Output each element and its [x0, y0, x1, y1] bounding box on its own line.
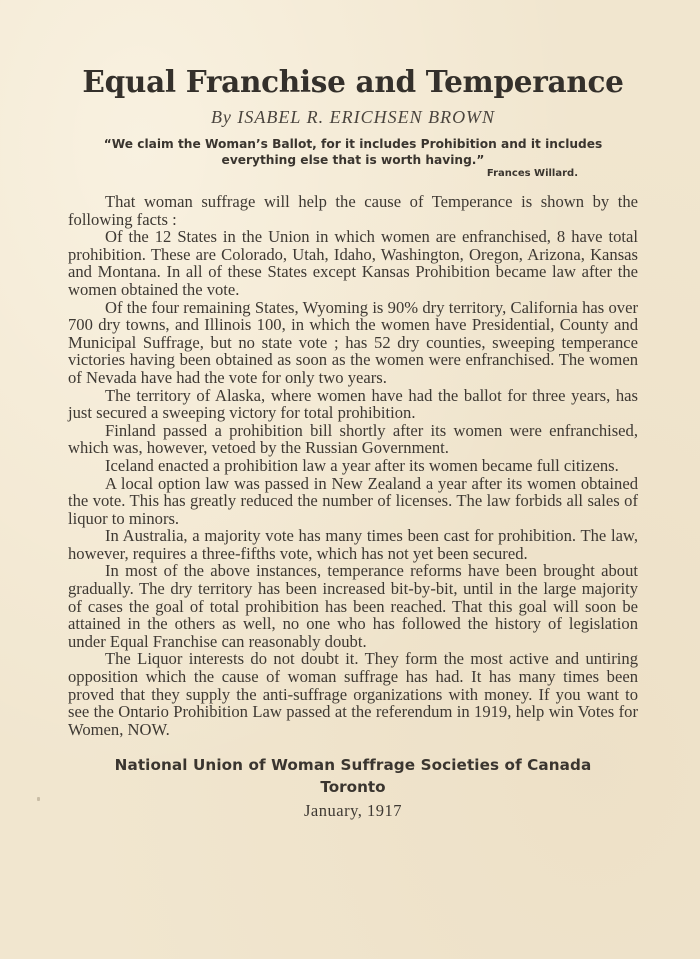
publication-date: January, 1917: [68, 800, 638, 822]
paragraph: That woman suffrage will help the cause …: [68, 193, 638, 228]
author-byline: By ISABEL R. ERICHSEN BROWN: [68, 106, 638, 128]
paragraph: A local option law was passed in New Zea…: [68, 475, 638, 528]
epigraph-attribution: Frances Willard.: [68, 168, 638, 180]
paragraph: Iceland enacted a prohibition law a year…: [68, 457, 638, 475]
document-title: Equal Franchise and Temperance: [68, 62, 638, 102]
paragraph: Finland passed a prohibition bill shortl…: [68, 422, 638, 457]
paragraph: Of the 12 States in the Union in which w…: [68, 228, 638, 298]
paragraph: In most of the above instances, temperan…: [68, 562, 638, 650]
organization-city: Toronto: [68, 776, 638, 798]
paper-speck: [37, 797, 40, 801]
epigraph-quote: “We claim the Woman’s Ballot, for it inc…: [68, 136, 638, 168]
document-footer: National Union of Woman Suffrage Societi…: [68, 754, 638, 822]
document-page: Equal Franchise and Temperance By ISABEL…: [68, 62, 638, 822]
paragraph: The territory of Alaska, where women hav…: [68, 387, 638, 422]
paragraph: Of the four remaining States, Wyoming is…: [68, 299, 638, 387]
organization-name: National Union of Woman Suffrage Societi…: [68, 754, 638, 776]
body-text: That woman suffrage will help the cause …: [68, 193, 638, 738]
paragraph: In Australia, a majority vote has many t…: [68, 527, 638, 562]
paragraph: The Liquor interests do not doubt it. Th…: [68, 650, 638, 738]
